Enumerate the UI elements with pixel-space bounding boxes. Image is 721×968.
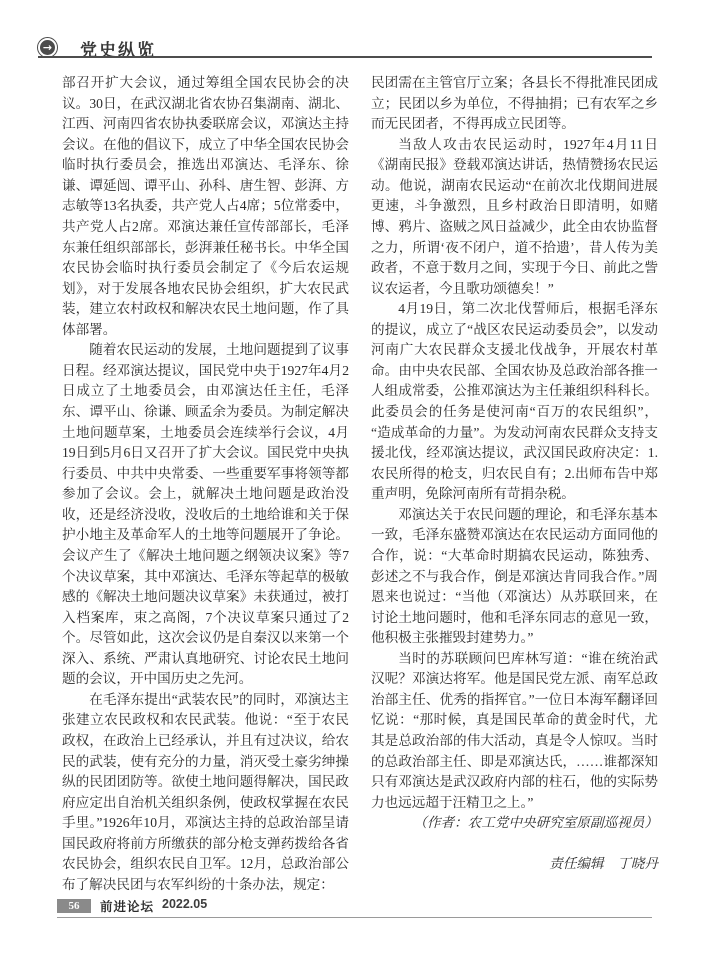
arrow-right-circle-icon: → — [37, 37, 58, 58]
right-column: 民团需在主管官厅立案；各县长不得批准民团成立；民团以乡为单位，不得抽捐；已有农军… — [371, 73, 658, 875]
paragraph: 4月19日，第二次北伐誓师后，根据毛泽东的提议，成立了“战区农民运动委员会”，以… — [371, 299, 658, 505]
paragraph: 随着农民运动的发展，土地问题提到了议事日程。经邓演达提议，国民党中央于1927年… — [62, 340, 349, 690]
paragraph: 当敌人攻击农民运动时，1927年4月11日《湖南民报》登载邓演达讲话，热情赞扬农… — [371, 135, 658, 300]
issue-number: 2022.05 — [162, 897, 207, 911]
editor-credit: 责任编辑 丁晓丹 — [371, 854, 658, 875]
paragraph-continuation: 民团需在主管官厅立案；各县长不得批准民团成立；民团以乡为单位，不得抽捐；已有农军… — [371, 73, 658, 135]
page-number-badge: 56 — [57, 899, 91, 913]
header-rule — [38, 56, 652, 58]
paragraph: 邓演达关于农民问题的理论，和毛泽东基本一致，毛泽东盛赞邓演达在农民运动方面同他的… — [371, 505, 658, 649]
magazine-page: → 党史纵览 部召开扩大会议，通过筹组全国农民协会的决议。30日，在武汉湖北省农… — [0, 0, 721, 968]
footer-rule — [57, 917, 652, 918]
left-column: 部召开扩大会议，通过筹组全国农民协会的决议。30日，在武汉湖北省农协召集湖南、湖… — [62, 73, 349, 896]
author-note: （作者：农工党中央研究室原副巡视员） — [371, 813, 658, 834]
arrow-glyph: → — [40, 40, 55, 55]
journal-name: 前进论坛 — [100, 897, 154, 915]
paragraph: 在毛泽东提出“武装农民”的同时，邓演达主张建立农民政权和农民武装。他说：“至于农… — [62, 690, 349, 896]
paragraph-continuation: 部召开扩大会议，通过筹组全国农民协会的决议。30日，在武汉湖北省农协召集湖南、湖… — [62, 73, 349, 340]
paragraph: 当时的苏联顾问巴库林写道：“谁在统治武汉呢？邓演达将军。他是国民党左派、南军总政… — [371, 649, 658, 814]
